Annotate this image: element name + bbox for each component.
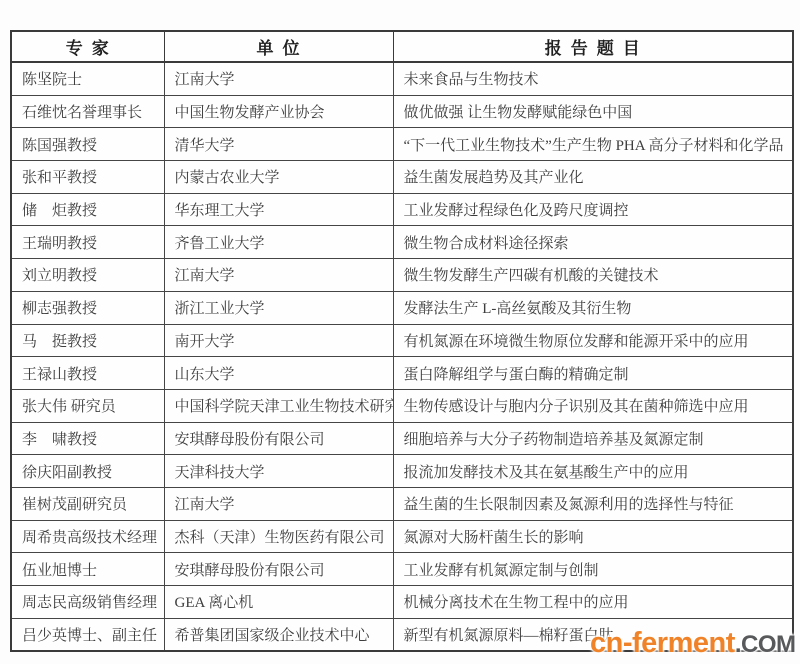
report-title-cell: 未来食品与生物技术 (393, 62, 793, 95)
expert-cell: 徐庆阳副教授 (11, 455, 164, 488)
table-row: 刘立明教授 江南大学 微生物发酵生产四碳有机酸的关键技术 (11, 259, 793, 292)
expert-cell: 张和平教授 (11, 161, 164, 194)
table-body: 陈坚院士 江南大学 未来食品与生物技术 石维忱名誉理事长 中国生物发酵产业协会 … (11, 62, 793, 651)
expert-cell: 刘立明教授 (11, 259, 164, 292)
speakers-table-container: 专家 单位 报告题目 陈坚院士 江南大学 未来食品与生物技术 石维忱名誉理事长 … (10, 30, 792, 652)
organization-cell: 中国生物发酵产业协会 (164, 95, 393, 128)
col-header-organization: 单位 (164, 31, 393, 62)
table-row: 崔树茂副研究员 江南大学 益生菌的生长限制因素及氮源利用的选择性与特征 (11, 487, 793, 520)
organization-cell: 江南大学 (164, 62, 393, 95)
organization-cell: GEA 离心机 (164, 586, 393, 619)
table-row: 马 挺教授 南开大学 有机氮源在环境微生物原位发酵和能源开采中的应用 (11, 324, 793, 357)
expert-cell: 周志民高级销售经理 (11, 586, 164, 619)
table-row: 陈国强教授 清华大学 “下一代工业生物技术”生产生物 PHA 高分子材料和化学品 (11, 128, 793, 161)
organization-cell: 希普集团国家级企业技术中心 (164, 618, 393, 651)
table-row: 陈坚院士 江南大学 未来食品与生物技术 (11, 62, 793, 95)
table-row: 李 啸教授 安琪酵母股份有限公司 细胞培养与大分子药物制造培养基及氮源定制 (11, 422, 793, 455)
expert-cell: 柳志强教授 (11, 291, 164, 324)
table-row: 张和平教授 内蒙古农业大学 益生菌发展趋势及其产业化 (11, 161, 793, 194)
table-row: 徐庆阳副教授 天津科技大学 报流加发酵技术及其在氨基酸生产中的应用 (11, 455, 793, 488)
organization-cell: 江南大学 (164, 259, 393, 292)
expert-cell: 马 挺教授 (11, 324, 164, 357)
expert-cell: 张大伟 研究员 (11, 389, 164, 422)
report-title-cell: 细胞培养与大分子药物制造培养基及氮源定制 (393, 422, 793, 455)
report-title-cell: 有机氮源在环境微生物原位发酵和能源开采中的应用 (393, 324, 793, 357)
report-title-cell: 益生菌发展趋势及其产业化 (393, 161, 793, 194)
table-row: 储 炬教授 华东理工大学 工业发酵过程绿色化及跨尺度调控 (11, 193, 793, 226)
expert-cell: 陈国强教授 (11, 128, 164, 161)
watermark-tld-text: .COM (735, 631, 796, 658)
report-title-cell: 工业发酵过程绿色化及跨尺度调控 (393, 193, 793, 226)
cn-ferment-watermark: cn-ferment.COM (590, 627, 796, 660)
organization-cell: 华东理工大学 (164, 193, 393, 226)
report-title-cell: 机械分离技术在生物工程中的应用 (393, 586, 793, 619)
expert-cell: 李 啸教授 (11, 422, 164, 455)
organization-cell: 南开大学 (164, 324, 393, 357)
expert-cell: 储 炬教授 (11, 193, 164, 226)
report-title-cell: 益生菌的生长限制因素及氮源利用的选择性与特征 (393, 487, 793, 520)
col-header-report-title: 报告题目 (393, 31, 793, 62)
speakers-table: 专家 单位 报告题目 陈坚院士 江南大学 未来食品与生物技术 石维忱名誉理事长 … (10, 30, 794, 652)
watermark-main-text: cn-ferment (590, 627, 735, 659)
report-title-cell: 微生物发酵生产四碳有机酸的关键技术 (393, 259, 793, 292)
report-title-cell: 工业发酵有机氮源定制与创制 (393, 553, 793, 586)
organization-cell: 天津科技大学 (164, 455, 393, 488)
organization-cell: 清华大学 (164, 128, 393, 161)
report-title-cell: 生物传感设计与胞内分子识别及其在菌种筛选中应用 (393, 389, 793, 422)
report-title-cell: 报流加发酵技术及其在氨基酸生产中的应用 (393, 455, 793, 488)
table-row: 周希贵高级技术经理 杰科（天津）生物医药有限公司 氮源对大肠杆菌生长的影响 (11, 520, 793, 553)
table-row: 伍业旭博士 安琪酵母股份有限公司 工业发酵有机氮源定制与创制 (11, 553, 793, 586)
organization-cell: 中国科学院天津工业生物技术研究所 (164, 389, 393, 422)
table-row: 柳志强教授 浙江工业大学 发酵法生产 L-高丝氨酸及其衍生物 (11, 291, 793, 324)
table-row: 张大伟 研究员 中国科学院天津工业生物技术研究所 生物传感设计与胞内分子识别及其… (11, 389, 793, 422)
table-row: 王瑞明教授 齐鲁工业大学 微生物合成材料途径探索 (11, 226, 793, 259)
report-title-cell: 氮源对大肠杆菌生长的影响 (393, 520, 793, 553)
organization-cell: 山东大学 (164, 357, 393, 390)
expert-cell: 王瑞明教授 (11, 226, 164, 259)
header-row: 专家 单位 报告题目 (11, 31, 793, 62)
col-header-expert: 专家 (11, 31, 164, 62)
organization-cell: 齐鲁工业大学 (164, 226, 393, 259)
table-row: 石维忱名誉理事长 中国生物发酵产业协会 做优做强 让生物发酵赋能绿色中国 (11, 95, 793, 128)
expert-cell: 王禄山教授 (11, 357, 164, 390)
expert-cell: 石维忱名誉理事长 (11, 95, 164, 128)
table-row: 周志民高级销售经理 GEA 离心机 机械分离技术在生物工程中的应用 (11, 586, 793, 619)
table-row: 王禄山教授 山东大学 蛋白降解组学与蛋白酶的精确定制 (11, 357, 793, 390)
expert-cell: 吕少英博士、副主任 (11, 618, 164, 651)
organization-cell: 内蒙古农业大学 (164, 161, 393, 194)
organization-cell: 杰科（天津）生物医药有限公司 (164, 520, 393, 553)
report-title-cell: 做优做强 让生物发酵赋能绿色中国 (393, 95, 793, 128)
expert-cell: 伍业旭博士 (11, 553, 164, 586)
organization-cell: 江南大学 (164, 487, 393, 520)
report-title-cell: “下一代工业生物技术”生产生物 PHA 高分子材料和化学品 (393, 128, 793, 161)
report-title-cell: 蛋白降解组学与蛋白酶的精确定制 (393, 357, 793, 390)
expert-cell: 崔树茂副研究员 (11, 487, 164, 520)
expert-cell: 陈坚院士 (11, 62, 164, 95)
organization-cell: 浙江工业大学 (164, 291, 393, 324)
report-title-cell: 发酵法生产 L-高丝氨酸及其衍生物 (393, 291, 793, 324)
organization-cell: 安琪酵母股份有限公司 (164, 422, 393, 455)
organization-cell: 安琪酵母股份有限公司 (164, 553, 393, 586)
expert-cell: 周希贵高级技术经理 (11, 520, 164, 553)
report-title-cell: 微生物合成材料途径探索 (393, 226, 793, 259)
